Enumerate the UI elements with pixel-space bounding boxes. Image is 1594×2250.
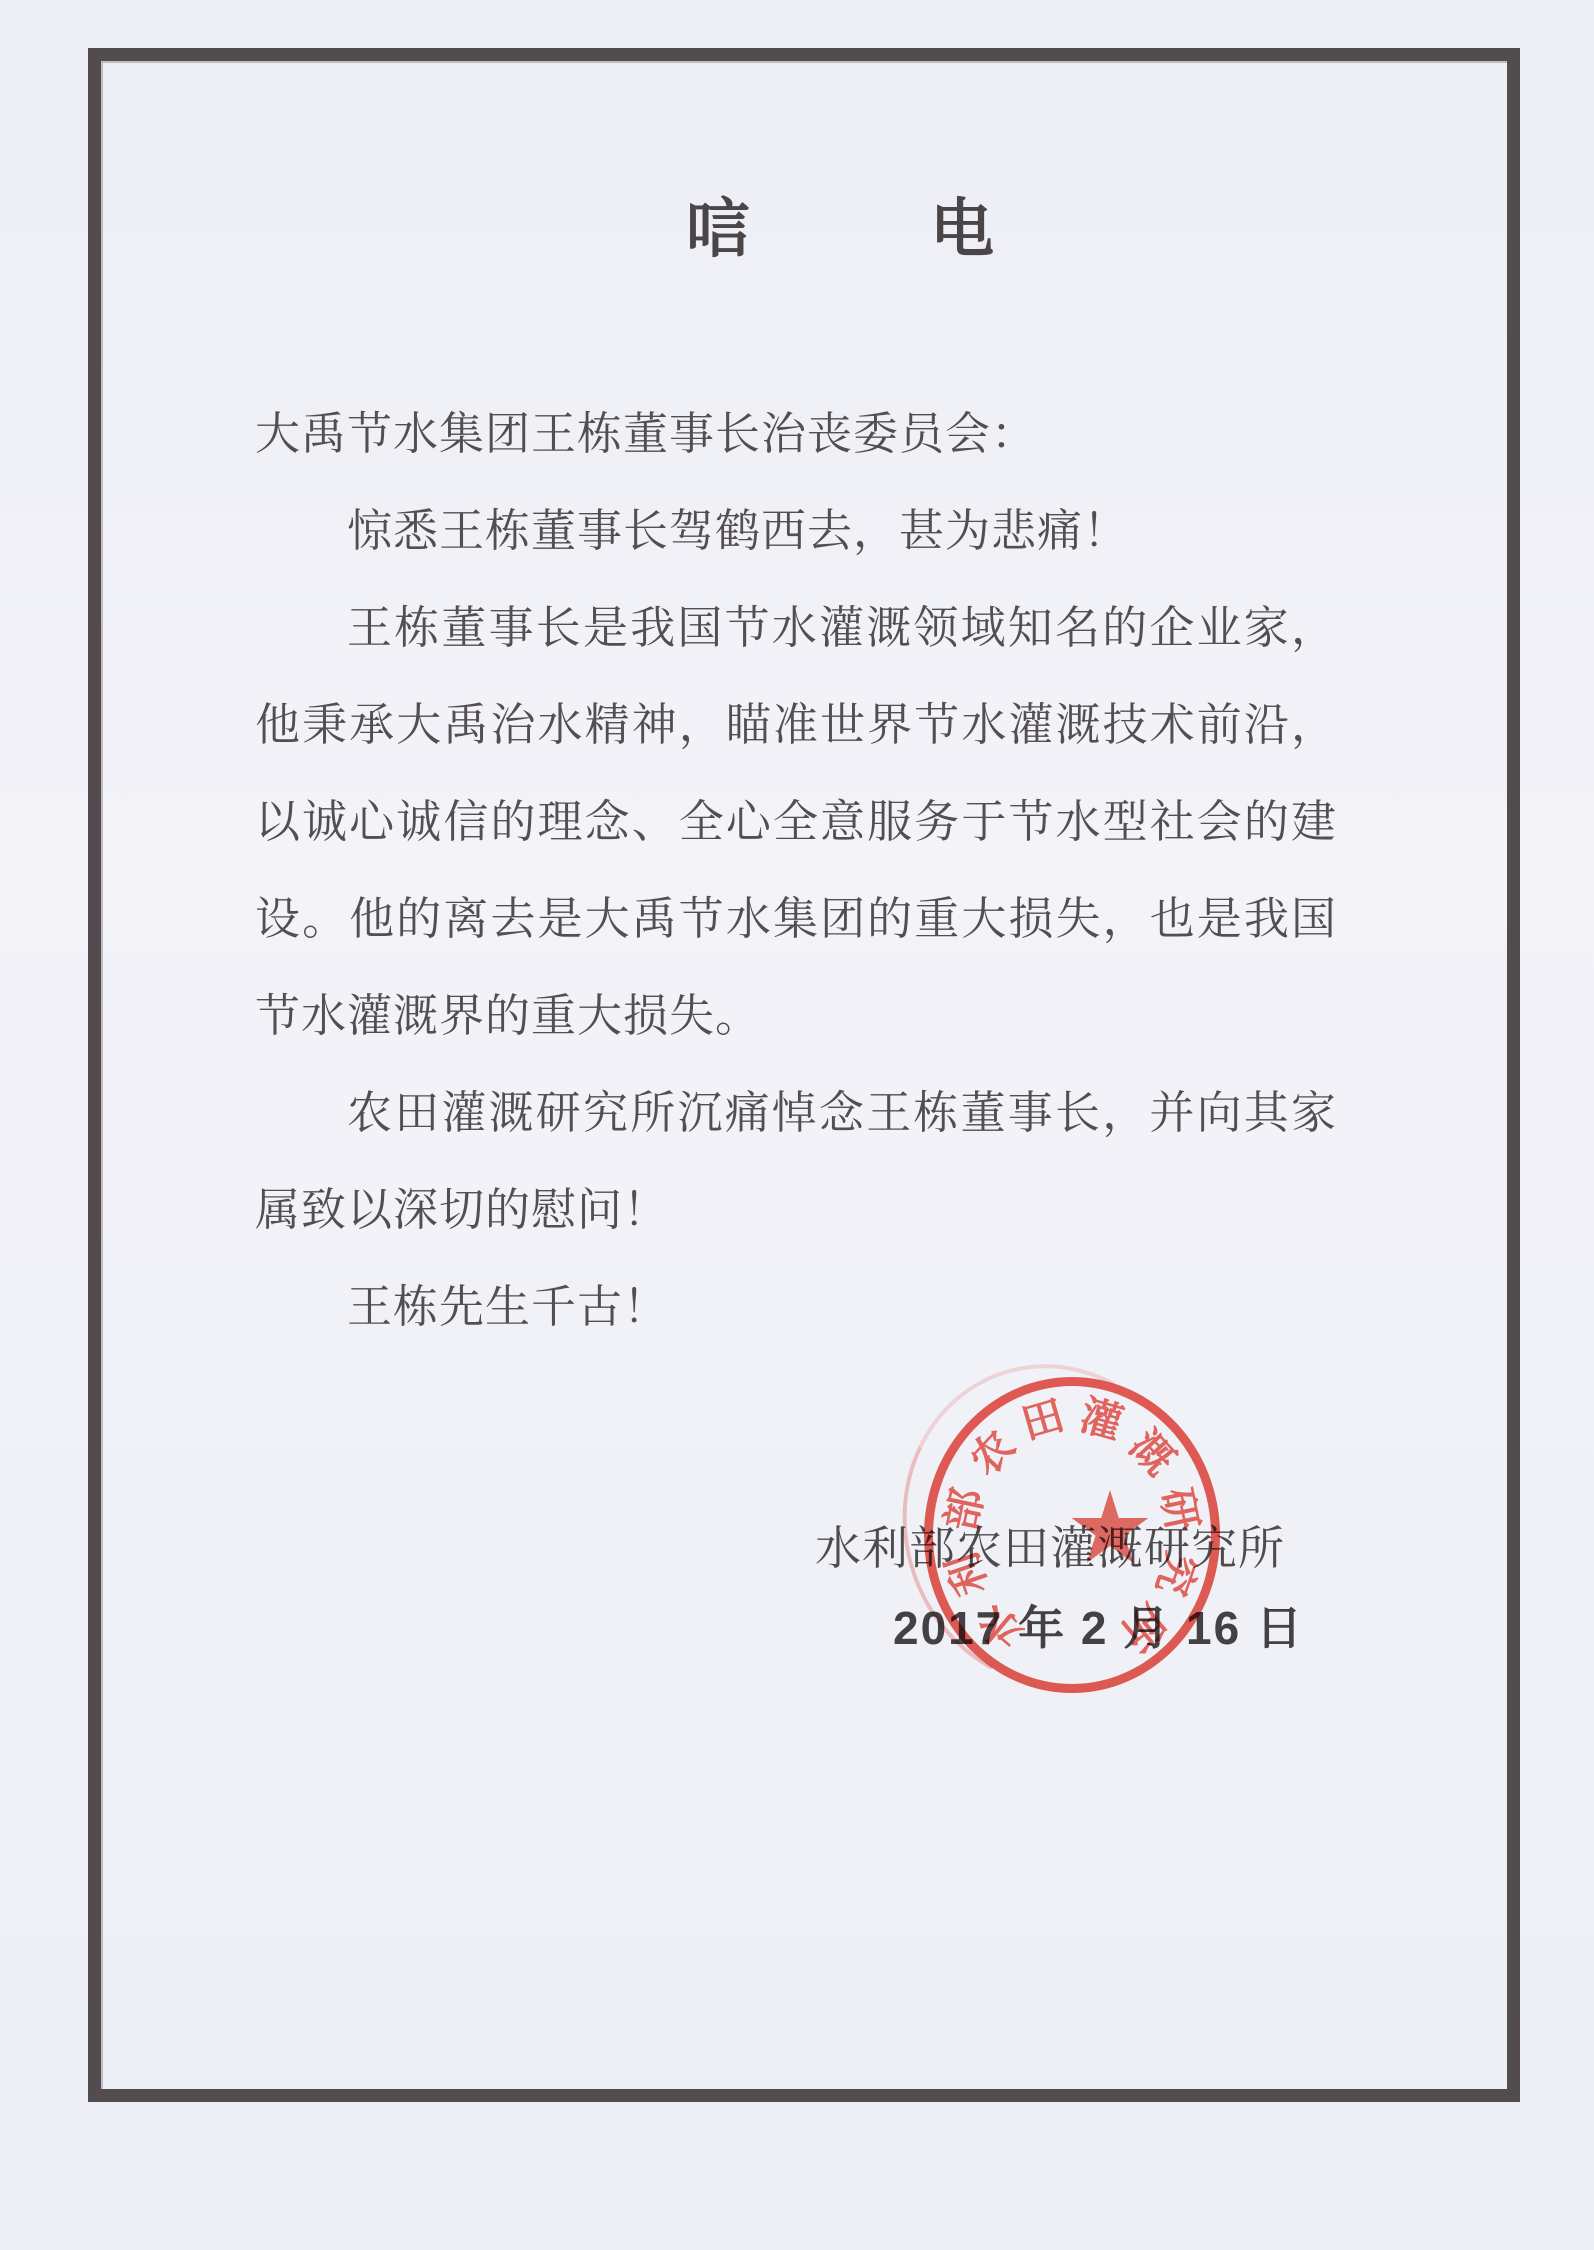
letter-paragraph: 王栋董事长是我国节水灌溉领域知名的企业家，他秉承大禹治水精神，瞄准世界节水灌溉技… xyxy=(255,580,1337,1065)
letter-body: 大禹节水集团王栋董事长治丧委员会： 惊悉王栋董事长驾鹤西去，甚为悲痛！ 王栋董事… xyxy=(255,386,1337,1356)
signature-org-name: 水利部农田灌溉研究所 xyxy=(815,1524,1285,1574)
letter-paragraph: 王栋先生千古！ xyxy=(255,1259,1337,1356)
letter-paragraph: 农田灌溉研究所沉痛悼念王栋董事长，并向其家属致以深切的慰问！ xyxy=(255,1065,1337,1259)
title-char-2: 电 xyxy=(930,192,996,268)
letter-title: 唁 电 xyxy=(125,192,1557,268)
letter-date: 2017 年 2 月 16 日 xyxy=(893,1602,1304,1654)
scanned-letter-page: 唁 电 大禹节水集团王栋董事长治丧委员会： 惊悉王栋董事长驾鹤西去，甚为悲痛！ … xyxy=(0,0,1594,2250)
title-char-1: 唁 xyxy=(686,192,752,268)
letter-paragraph: 惊悉王栋董事长驾鹤西去，甚为悲痛！ xyxy=(255,483,1337,580)
salutation: 大禹节水集团王栋董事长治丧委员会： xyxy=(255,386,1337,483)
